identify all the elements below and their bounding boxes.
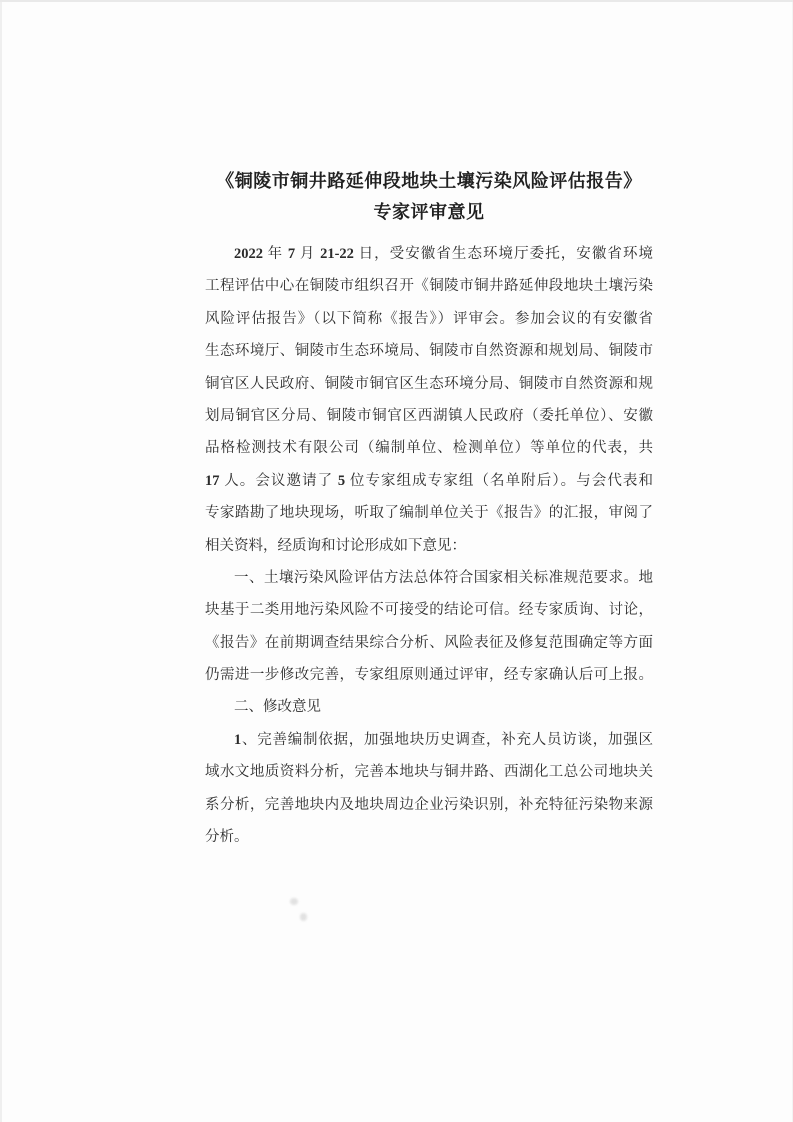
- body-line-p1-l5: 铜官区人民政府、铜陵市铜官区生态环境分局、铜陵市自然资源和规: [205, 368, 653, 400]
- body-line-p1-l9: 专家踏勘了地块现场，听取了编制单位关于《报告》的汇报，审阅了: [205, 497, 653, 529]
- scan-speck: [290, 898, 298, 905]
- body-line-p1-l10: 相关资料，经质询和讨论形成如下意见：: [205, 530, 653, 562]
- body-line-p1-l2: 工程评估中心在铜陵市组织召开《铜陵市铜井路延伸段地块土壤污染: [205, 270, 653, 302]
- document-body: 2022 年 7 月 21-22 日，受安徽省生态环境厅委托，安徽省环境工程评估…: [205, 238, 653, 853]
- body-line-p2-l2: 块基于二类用地污染风险不可接受的结论可信。经专家质询、讨论，: [205, 594, 653, 626]
- body-line-p1-l4: 生态环境厅、铜陵市生态环境局、铜陵市自然资源和规划局、铜陵市: [205, 335, 653, 367]
- body-line-p1-l1: 2022 年 7 月 21-22 日，受安徽省生态环境厅委托，安徽省环境: [205, 238, 653, 270]
- body-line-p2-l3: 《报告》在前期调查结果综合分析、风险表征及修复范围确定等方面: [205, 627, 653, 659]
- body-line-p4-l4: 分析。: [205, 821, 653, 853]
- body-line-p4-l1: 1、完善编制依据，加强地块历史调查，补充人员访谈，加强区: [205, 724, 653, 756]
- scan-speck: [300, 913, 307, 921]
- body-line-p1-l6: 划局铜官区分局、铜陵市铜官区西湖镇人民政府（委托单位）、安徽: [205, 400, 653, 432]
- document-content: 《铜陵市铜井路延伸段地块土壤污染风险评估报告》 专家评审意见 2022 年 7 …: [205, 166, 653, 853]
- body-line-p2-l4: 仍需进一步修改完善，专家组原则通过评审，经专家确认后可上报。: [205, 659, 653, 691]
- title-line-2: 专家评审意见: [205, 197, 653, 228]
- body-line-p4-l3: 系分析，完善地块内及地块周边企业污染识别，补充特征污染物来源: [205, 789, 653, 821]
- body-line-p4-l2: 域水文地质资料分析，完善本地块与铜井路、西湖化工总公司地块关: [205, 756, 653, 788]
- page-title: 《铜陵市铜井路延伸段地块土壤污染风险评估报告》 专家评审意见: [205, 166, 653, 228]
- scanned-document-page: 《铜陵市铜井路延伸段地块土壤污染风险评估报告》 专家评审意见 2022 年 7 …: [0, 0, 793, 1122]
- body-line-p1-l3: 风险评估报告》（以下简称《报告》）评审会。参加会议的有安徽省: [205, 303, 653, 335]
- body-line-p1-l8: 17 人。会议邀请了 5 位专家组成专家组（名单附后）。与会代表和: [205, 465, 653, 497]
- body-line-p3-l1: 二、修改意见: [205, 691, 653, 723]
- body-line-p1-l7: 品格检测技术有限公司（编制单位、检测单位）等单位的代表，共: [205, 432, 653, 464]
- title-line-1: 《铜陵市铜井路延伸段地块土壤污染风险评估报告》: [205, 166, 653, 197]
- body-line-p2-l1: 一、土壤污染风险评估方法总体符合国家相关标准规范要求。地: [205, 562, 653, 594]
